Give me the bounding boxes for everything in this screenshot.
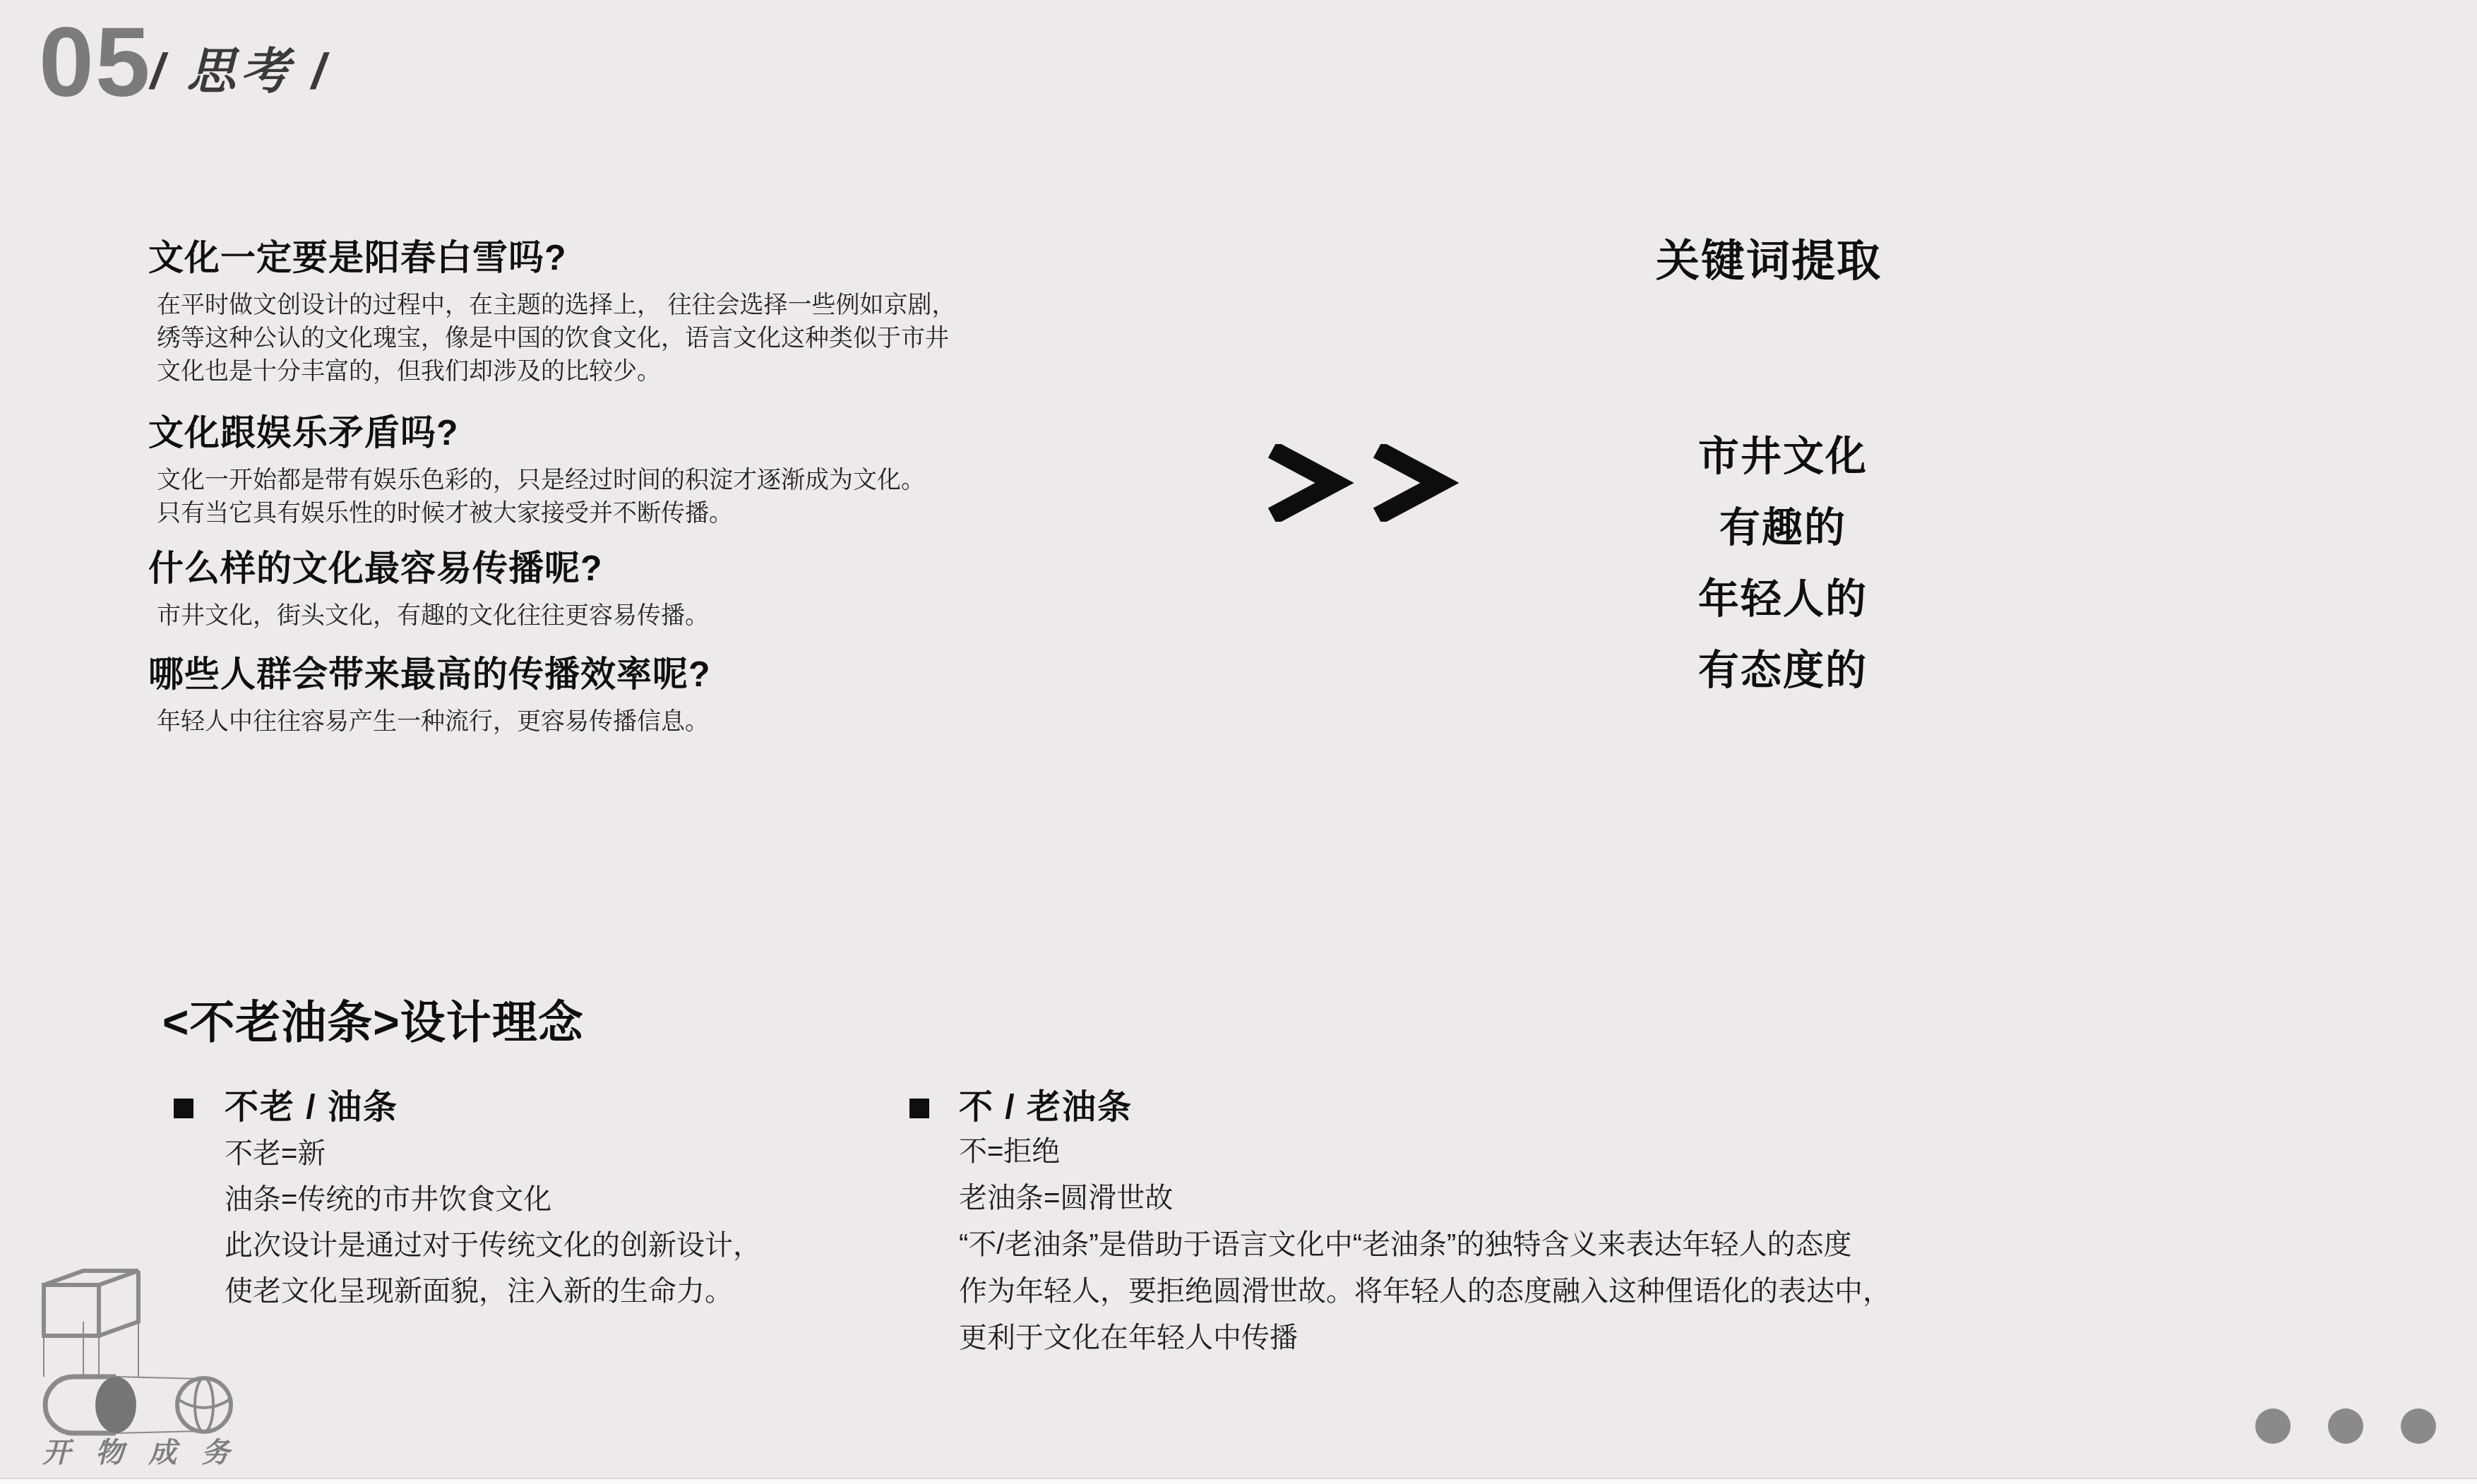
qa-answer: 市井文化，街头文化，有趣的文化往往更容易传播。 [157, 599, 1094, 633]
qa-answer-line: 年轻人中往往容易产生一种流行，更容易传播信息。 [157, 705, 1094, 738]
qa-item: 文化跟娱乐矛盾吗? 文化一开始都是带有娱乐色彩的，只是经过时间的积淀才逐渐成为文… [148, 413, 1094, 530]
qa-question: 什么样的文化最容易传播呢? [148, 549, 1094, 590]
slide: 05 / 思考 / 文化一定要是阳春白雪吗? 在平时做文创设计的过程中，在主题的… [0, 0, 2477, 1484]
keyword-item: 市井文化 [1645, 421, 1921, 492]
qa-item: 文化一定要是阳春白雪吗? 在平时做文创设计的过程中，在主题的选择上， 往往会选择… [148, 238, 1094, 388]
qa-answer-line: 文化一开始都是带有娱乐色彩的，只是经过时间的积淀才逐渐成为文化。 [157, 464, 1094, 497]
concept-item-heading: 不老 / 油条 [225, 1091, 398, 1125]
keyword-item: 有趣的 [1645, 492, 1921, 563]
pagination-dot-icon [2328, 1408, 2363, 1444]
qa-answer-line: 市井文化，街头文化，有趣的文化往往更容易传播。 [157, 599, 1094, 633]
double-chevron-right-icon [1268, 444, 1459, 522]
keyword-item: 有态度的 [1645, 635, 1921, 706]
keywords-title: 关键词提取 [1645, 226, 1892, 289]
concept-item-heading: 不 / 老油条 [959, 1091, 1133, 1125]
pagination-dot-icon [2401, 1408, 2436, 1444]
section-title: / 思考 / [150, 47, 330, 96]
concept-line: 更利于文化在年轻人中传播 [959, 1315, 2060, 1361]
concept-line: 不=拒绝 [959, 1128, 2060, 1175]
square-bullet-icon [909, 1099, 929, 1118]
concept-item-body: 不=拒绝 老油条=圆滑世故 “不/老油条”是借助于语言文化中“老油条”的独特含义… [959, 1128, 2060, 1361]
concept-line: 此次设计是通过对于传统文化的创新设计， [225, 1223, 761, 1269]
pagination-dot-icon [2255, 1408, 2291, 1444]
qa-question: 哪些人群会带来最高的传播效率呢? [148, 654, 1094, 695]
concept-line: “不/老油条”是借助于语言文化中“老油条”的独特含义来表达年轻人的态度 [959, 1221, 2060, 1268]
concept-line: 油条=传统的市井饮食文化 [225, 1177, 761, 1223]
qa-item: 哪些人群会带来最高的传播效率呢? 年轻人中往往容易产生一种流行，更容易传播信息。 [148, 654, 1094, 738]
qa-question: 文化一定要是阳春白雪吗? [148, 238, 1094, 279]
pagination-dots [2255, 1408, 2436, 1444]
qa-answer-line: 绣等这种公认的文化瑰宝，像是中国的饮食文化，语言文化这种类似于市井 [157, 322, 1094, 355]
square-bullet-icon [174, 1099, 193, 1118]
kaiwu-chengwu-logo-icon [40, 1265, 251, 1442]
keywords-list: 市井文化 有趣的 年轻人的 有态度的 [1645, 421, 1921, 706]
qa-answer-line: 在平时做文创设计的过程中，在主题的选择上， 往往会选择一些例如京剧， [157, 289, 1094, 322]
concept-item-body: 不老=新 油条=传统的市井饮食文化 此次设计是通过对于传统文化的创新设计， 使老… [225, 1131, 761, 1315]
logo-wordmark: 开 物 成 务 [42, 1439, 238, 1467]
page-number: 05 [39, 13, 152, 112]
concept-line: 不老=新 [225, 1131, 761, 1177]
concept-line: 老油条=圆滑世故 [959, 1175, 2060, 1221]
qa-answer-line: 只有当它具有娱乐性的时候才被大家接受并不断传播。 [157, 497, 1094, 530]
qa-item: 什么样的文化最容易传播呢? 市井文化，街头文化，有趣的文化往往更容易传播。 [148, 549, 1094, 633]
concept-line: 作为年轻人，要拒绝圆滑世故。将年轻人的态度融入这种俚语化的表达中， [959, 1268, 2060, 1315]
keyword-item: 年轻人的 [1645, 563, 1921, 635]
slide-bottom-edge [0, 1478, 2477, 1484]
design-concept-title: <不老油条>设计理念 [162, 997, 584, 1049]
qa-answer: 文化一开始都是带有娱乐色彩的，只是经过时间的积淀才逐渐成为文化。 只有当它具有娱… [157, 464, 1094, 530]
qa-answer-line: 文化也是十分丰富的，但我们却涉及的比较少。 [157, 355, 1094, 388]
qa-answer: 在平时做文创设计的过程中，在主题的选择上， 往往会选择一些例如京剧， 绣等这种公… [157, 289, 1094, 388]
qa-question: 文化跟娱乐矛盾吗? [148, 413, 1094, 454]
concept-line: 使老文化呈现新面貌，注入新的生命力。 [225, 1269, 761, 1315]
qa-answer: 年轻人中往往容易产生一种流行，更容易传播信息。 [157, 705, 1094, 738]
